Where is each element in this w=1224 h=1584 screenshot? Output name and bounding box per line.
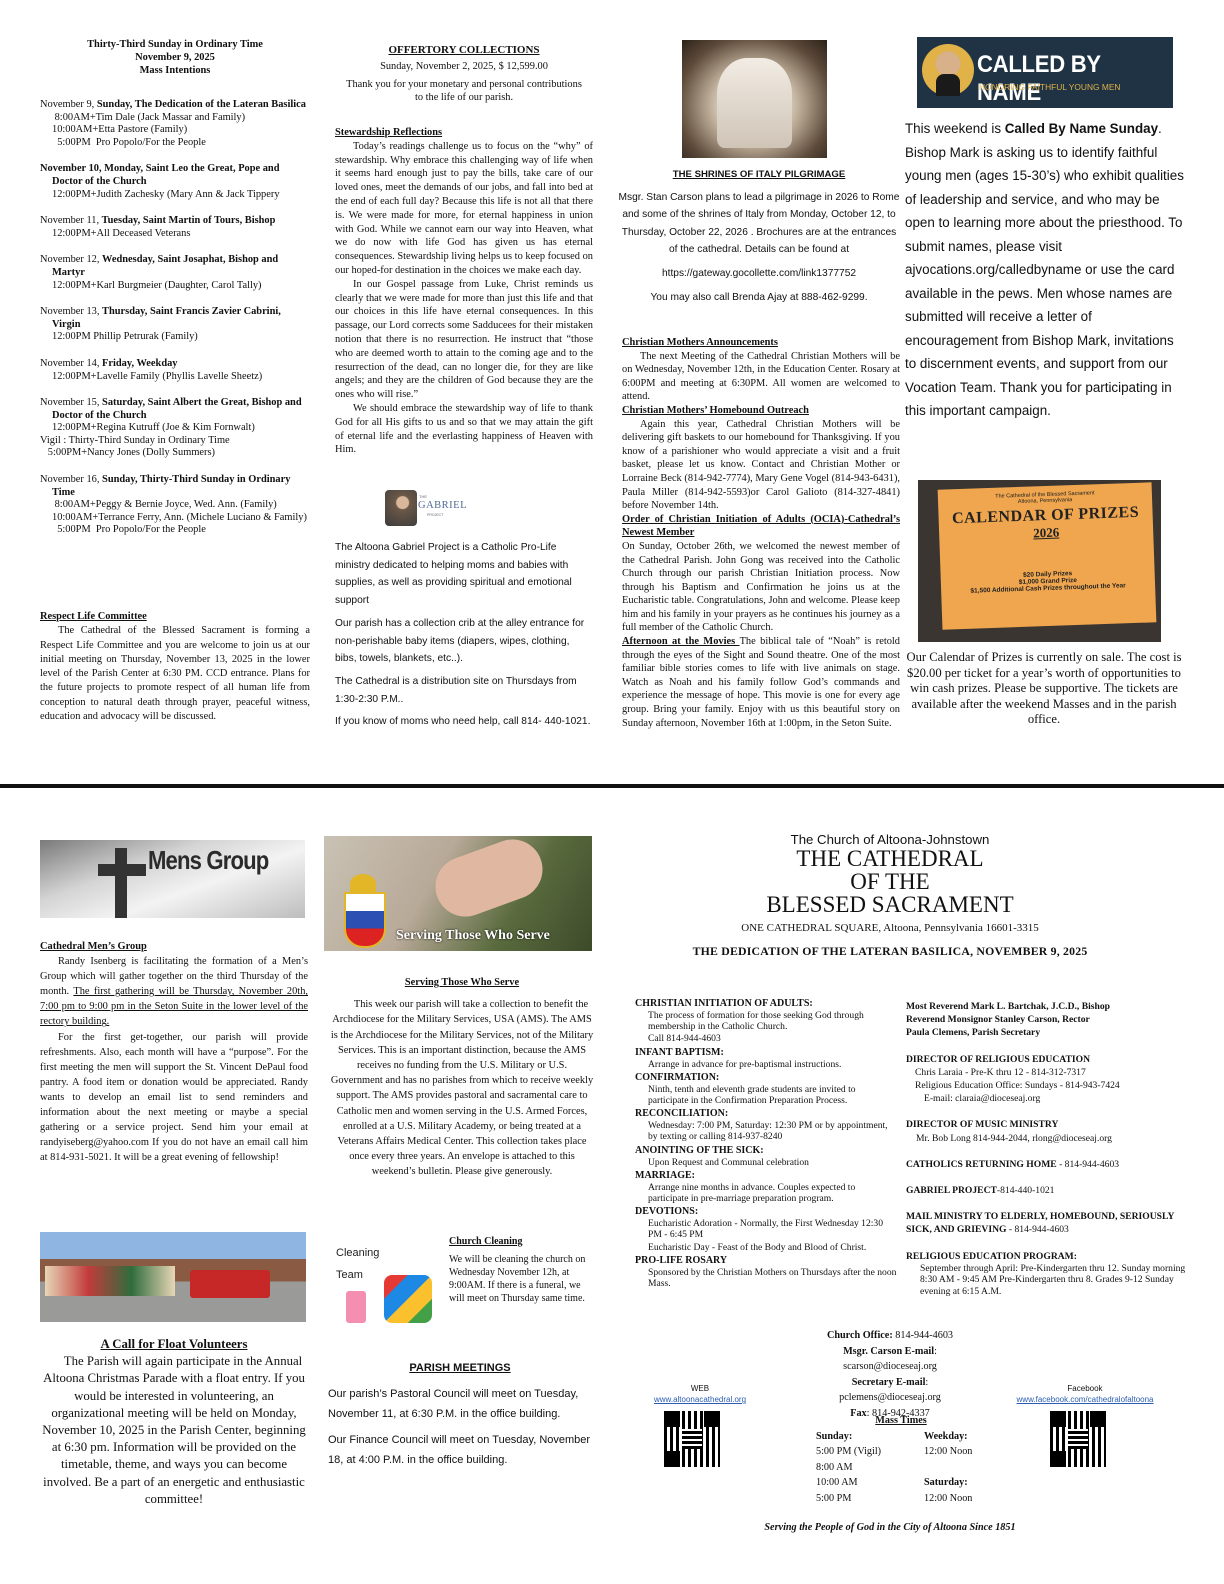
sacrament-title: MARRIAGE: xyxy=(635,1169,897,1182)
sacrament-item: CONFIRMATION:Ninth, tenth and eleventh g… xyxy=(635,1071,897,1106)
sunday-masses: Sunday: 5:00 PM (Vigil) 8:00 AM 10:00 AM… xyxy=(816,1429,924,1507)
called-by-name-subtitle: HONORING FAITHFUL YOUNG MEN xyxy=(979,82,1120,92)
dre-line: Religious Education Office: Sundays - 81… xyxy=(906,1079,1191,1092)
sacrament-detail: Arrange in advance for pre-baptismal ins… xyxy=(635,1059,897,1070)
mass-time: 8:00 AM xyxy=(816,1460,924,1476)
pilgrimage-section: THE SHRINES OF ITALY PILGRIMAGE Msgr. St… xyxy=(618,166,900,306)
rep-body: September through April: Pre-Kindergarte… xyxy=(906,1263,1191,1298)
mass-intention-feast: Tuesday, Saint Martin of Tours, Bishop xyxy=(102,215,276,226)
church-cleaning-section: Church Cleaning We will be cleaning the … xyxy=(449,1235,594,1305)
vigil-line: 5:00PM+Nancy Jones (Dolly Summers) xyxy=(40,447,310,460)
sec-label: Secretary E-mail xyxy=(852,1377,926,1388)
gabriel-title: GABRIEL PROJECT xyxy=(906,1185,997,1196)
cleaning-image-text: Cleaning xyxy=(336,1247,379,1259)
gabriel-section: The Altoona Gabriel Project is a Catholi… xyxy=(335,539,593,731)
christian-mothers-body: The next Meeting of the Cathedral Christ… xyxy=(622,350,900,404)
cross-icon-bar xyxy=(98,864,146,876)
mass-intentions-header: Thirty-Third Sunday in Ordinary Time Nov… xyxy=(40,38,310,77)
christmas-parade-photo xyxy=(40,1232,306,1322)
dre-line: E-mail: claraia@dioceseaj.org xyxy=(906,1092,1191,1105)
cbn-body: . Bishop Mark is asking us to identify f… xyxy=(905,121,1184,418)
masthead-name-line: OF THE xyxy=(640,870,1140,893)
sacrament-detail: The process of formation for those seeki… xyxy=(635,1010,897,1032)
mail-ministry: MAIL MINISTRY TO ELDERLY, HOMEBOUND, SER… xyxy=(906,1210,1191,1236)
parish-meetings-section: PARISH MEETINGS Our parish’s Pastoral Co… xyxy=(328,1358,592,1470)
cleaning-heading: Church Cleaning xyxy=(449,1235,594,1248)
page-divider xyxy=(0,784,1224,788)
mass-intention-line: 12:00PM+Lavelle Family (Phyllis Lavelle … xyxy=(40,371,310,384)
sacrament-title: CONFIRMATION: xyxy=(635,1071,897,1084)
madonna-image xyxy=(385,490,417,526)
returning-title: CATHOLICS RETURNING HOME xyxy=(906,1159,1057,1170)
calendar-of-prizes-photo: The Cathedral of the Blessed Sacrament A… xyxy=(918,480,1161,642)
staff-section: Most Reverend Mark L. Bartchak, J.C.D., … xyxy=(906,1000,1191,1297)
masthead-diocese: The Church of Altoona-Johnstown xyxy=(640,832,1140,847)
mass-intention-line: 12:00PM+All Deceased Veterans xyxy=(40,228,310,241)
mass-intention-title: November 12, Wednesday, Saint Josaphat, … xyxy=(40,254,310,279)
gabriel-paragraph: The Cathedral is a distribution site on … xyxy=(335,673,593,708)
offertory-heading: OFFERTORY COLLECTIONS xyxy=(335,44,593,57)
mens-group-p1: Randy Isenberg is facilitating the forma… xyxy=(40,954,308,1029)
mass-intention-date: November 12, xyxy=(40,254,102,265)
mass-intention-date: November 10, xyxy=(40,163,104,174)
sacrament-title: CHRISTIAN INITIATION OF ADULTS: xyxy=(635,997,897,1010)
masthead: The Church of Altoona-Johnstown THE CATH… xyxy=(640,832,1140,959)
cleaning-bucket-icon xyxy=(384,1275,432,1323)
pilgrimage-call: You may also call Brenda Ajay at 888-462… xyxy=(618,289,900,307)
pieta-statue xyxy=(717,58,792,148)
mass-times-heading: Mass Times xyxy=(816,1413,986,1429)
mass-time: 12:00 Noon xyxy=(924,1444,972,1460)
sacrament-item: PRO-LIFE ROSARYSponsored by the Christia… xyxy=(635,1254,897,1289)
mass-intention-day: November 10, Monday, Saint Leo the Great… xyxy=(40,163,310,201)
mass-intention-day: November 11, Tuesday, Saint Martin of To… xyxy=(40,215,310,240)
mens-group-section: Cathedral Men’s Group Randy Isenberg is … xyxy=(40,939,308,1165)
mens-group-banner: Mens Group xyxy=(40,840,305,918)
clergy-line: Most Reverend Mark L. Bartchak, J.C.D., … xyxy=(906,1000,1191,1013)
clergy-list: Most Reverend Mark L. Bartchak, J.C.D., … xyxy=(906,1000,1191,1040)
movies-body: The biblical tale of “Noah” is retold th… xyxy=(622,636,900,729)
mass-intention-day: November 12, Wednesday, Saint Josaphat, … xyxy=(40,254,310,292)
called-by-name-title: CALLED BY NAME xyxy=(977,51,1157,107)
saturday-label: Saturday: xyxy=(924,1475,972,1491)
contact-block: Church Office: 814-944-4603 Msgr. Carson… xyxy=(790,1328,990,1421)
sacrament-item: INFANT BAPTISM:Arrange in advance for pr… xyxy=(635,1046,897,1070)
sacrament-title: INFANT BAPTISM: xyxy=(635,1046,897,1059)
sacrament-title: PRO-LIFE ROSARY xyxy=(635,1254,897,1267)
sacrament-title: DEVOTIONS: xyxy=(635,1205,897,1218)
mass-intention-day: November 16, Sunday, Thirty-Third Sunday… xyxy=(40,474,310,537)
sacrament-detail: Call 814-944-4603 xyxy=(635,1033,897,1044)
header-line: Mass Intentions xyxy=(40,64,310,77)
spray-bottle-icon xyxy=(346,1291,366,1323)
ams-crest xyxy=(332,874,394,946)
stewardship-section: Stewardship Reflections Today’s readings… xyxy=(335,126,593,457)
mass-intention-line: 8:00AM+Tim Dale (Jack Massar and Family) xyxy=(40,112,310,125)
music-title: DIRECTOR OF MUSIC MINISTRY xyxy=(906,1118,1191,1131)
cleaning-body: We will be cleaning the church on Wednes… xyxy=(449,1253,594,1305)
gabriel-logo-small: THE xyxy=(419,494,427,499)
calendar-of-prizes-text: Our Calendar of Prizes is currently on s… xyxy=(903,650,1185,728)
mass-intention-line: 12:00PM Phillip Petrurak (Family) xyxy=(40,331,310,344)
mass-intention-feast: Sunday, The Dedication of the Lateran Ba… xyxy=(97,99,306,110)
mass-intention-title: November 15, Saturday, Saint Albert the … xyxy=(40,397,310,422)
mass-intention-date: November 13, xyxy=(40,306,102,317)
parish-meetings-heading: PARISH MEETINGS xyxy=(328,1358,592,1378)
mass-intention-day: November 14, Friday, Weekday12:00PM+Lave… xyxy=(40,358,310,383)
offertory-thanks: Thank you for your monetary and personal… xyxy=(335,79,593,104)
sacrament-detail: Ninth, tenth and eleventh grade students… xyxy=(635,1084,897,1106)
movies-paragraph: Afternoon at the Movies The biblical tal… xyxy=(622,635,900,730)
gabriel-project-contact: GABRIEL PROJECT-814-440-1021 xyxy=(906,1184,1191,1197)
mass-intention-line: 5:00PM Pro Popolo/For the People xyxy=(40,524,310,537)
sacrament-detail: Arrange nine months in advance. Couples … xyxy=(635,1182,897,1204)
sacrament-item: CHRISTIAN INITIATION OF ADULTS:The proce… xyxy=(635,997,897,1045)
cross-icon xyxy=(115,848,127,918)
mass-intention-date: November 16, xyxy=(40,474,102,485)
cleaning-team-image: Cleaning Team xyxy=(334,1247,436,1327)
sunday-label: Sunday: xyxy=(816,1429,924,1445)
gabriel-paragraph: Our parish has a collection crib at the … xyxy=(335,615,593,668)
sacraments-list: CHRISTIAN INITIATION OF ADULTS:The proce… xyxy=(635,997,897,1290)
web-label: WEB xyxy=(630,1383,770,1394)
sacrament-detail: Sponsored by the Christian Mothers on Th… xyxy=(635,1267,897,1289)
sacrament-title: ANOINTING OF THE SICK: xyxy=(635,1144,897,1157)
float-volunteers-section: A Call for Float Volunteers The Parish w… xyxy=(40,1336,308,1508)
sacrament-item: MARRIAGE:Arrange nine months in advance.… xyxy=(635,1169,897,1204)
clergy-line: Paula Clemens, Parish Secretary xyxy=(906,1026,1191,1039)
sacrament-detail: Eucharistic Day - Feast of the Body and … xyxy=(635,1242,897,1253)
facebook-label: Facebook xyxy=(995,1383,1175,1394)
gabriel-paragraph: If you know of moms who need help, call … xyxy=(335,713,593,731)
music-line: Mr. Bob Long 814-944-2044, rlong@diocese… xyxy=(906,1132,1191,1145)
mens-group-first-gathering: The first gathering will be Thursday, No… xyxy=(40,986,308,1027)
masthead-name-line: THE CATHEDRAL xyxy=(640,847,1140,870)
respect-life-section: Respect Life Committee The Cathedral of … xyxy=(40,610,310,724)
mass-intention-title: November 10, Monday, Saint Leo the Great… xyxy=(40,163,310,188)
respect-life-heading: Respect Life Committee xyxy=(40,610,310,624)
christian-mothers-section: Christian Mothers Announcements The next… xyxy=(622,336,900,730)
footer-tagline: Serving the People of God in the City of… xyxy=(640,1522,1140,1533)
sacrament-detail: Wednesday: 7:00 PM, Saturday: 12:30 PM o… xyxy=(635,1120,897,1142)
cbn-bold: Called By Name Sunday xyxy=(1005,121,1158,136)
called-by-name-banner: CALLED BY NAME HONORING FAITHFUL YOUNG M… xyxy=(917,37,1173,108)
sec-email-label: Secretary E-mail: xyxy=(790,1375,990,1391)
mass-intention-line: 5:00PM Pro Popolo/For the People xyxy=(40,137,310,150)
facebook-link-block: Facebook www.facebook.com/cathedralofalt… xyxy=(995,1383,1175,1405)
header-line: November 9, 2025 xyxy=(40,51,310,64)
red-truck xyxy=(190,1270,270,1298)
offertory-amount: Sunday, November 2, 2025, $ 12,599.00 xyxy=(335,61,593,74)
mass-intention-day: November 9, Sunday, The Dedication of th… xyxy=(40,99,310,149)
christian-mothers-heading: Christian Mothers Announcements xyxy=(622,336,900,350)
float-heading: A Call for Float Volunteers xyxy=(40,1336,308,1353)
mass-intentions-list: November 9, Sunday, The Dedication of th… xyxy=(40,99,310,537)
offertory-section: OFFERTORY COLLECTIONS Sunday, November 2… xyxy=(335,44,593,104)
parish-meetings-p1: Our parish’s Pastoral Council will meet … xyxy=(328,1384,592,1424)
sacrament-title: RECONCILIATION: xyxy=(635,1107,897,1120)
dre-line: Chris Laraia - Pre-K thru 12 - 814-312-7… xyxy=(906,1066,1191,1079)
weekday-masses: Weekday: 12:00 Noon Saturday: 12:00 Noon xyxy=(924,1429,972,1507)
mass-intention-title: November 13, Thursday, Saint Francis Zav… xyxy=(40,306,310,331)
ocia-body: On Sunday, October 26th, we welcomed the… xyxy=(622,540,900,635)
cbn-intro: This weekend is xyxy=(905,121,1005,136)
mass-intention-date: November 11, xyxy=(40,215,102,226)
pilgrimage-url[interactable]: https://gateway.gocollette.com/link13777… xyxy=(618,265,900,283)
mass-intention-title: November 9, Sunday, The Dedication of th… xyxy=(40,99,310,112)
returning-phone: - 814-944-4603 xyxy=(1057,1159,1119,1170)
mass-intention-title: November 11, Tuesday, Saint Martin of To… xyxy=(40,215,310,228)
mass-intention-date: November 9, xyxy=(40,99,97,110)
ocia-heading: Order of Christian Initiation of Adults … xyxy=(622,513,900,540)
mass-time: 5:00 PM (Vigil) xyxy=(816,1444,924,1460)
pilgrimage-body: Msgr. Stan Carson plans to lead a pilgri… xyxy=(618,189,900,259)
called-by-name-text: This weekend is Called By Name Sunday. B… xyxy=(905,117,1185,423)
homebound-body: Again this year, Cathedral Christian Mot… xyxy=(622,418,900,513)
mass-intention-line: 12:00PM+Regina Kutruff (Joe & Kim Fornwa… xyxy=(40,422,310,435)
mass-intention-line: 10:00AM+Etta Pastore (Family) xyxy=(40,124,310,137)
mass-intention-date: November 15, xyxy=(40,397,102,408)
dre-title: DIRECTOR OF RELIGIOUS EDUCATION xyxy=(906,1053,1191,1066)
sacrament-item: ANOINTING OF THE SICK:Upon Request and C… xyxy=(635,1144,897,1168)
mens-group-heading: Cathedral Men’s Group xyxy=(40,939,308,954)
gabriel-paragraph: The Altoona Gabriel Project is a Catholi… xyxy=(335,539,593,610)
vigil-line: Vigil : Thirty-Third Sunday in Ordinary … xyxy=(40,435,310,448)
church-office: Church Office: 814-944-4603 xyxy=(790,1328,990,1344)
web-link-block: WEB www.altoonacathedral.org xyxy=(630,1383,770,1405)
sacrament-detail: Eucharistic Adoration - Normally, the Fi… xyxy=(635,1218,897,1240)
mass-time: 10:00 AM xyxy=(816,1475,924,1491)
mass-intention-feast: Friday, Weekday xyxy=(102,358,177,369)
sec-email[interactable]: pclemens@dioceseaj.org xyxy=(790,1390,990,1406)
stewardship-paragraph: Today’s readings challenge us to focus o… xyxy=(335,140,593,278)
stewardship-paragraph: We should embrace the stewardship way of… xyxy=(335,402,593,457)
masthead-name: THE CATHEDRAL OF THE BLESSED SACRAMENT xyxy=(640,847,1140,916)
serving-section: Serving Those Who Serve This week our pa… xyxy=(330,975,594,1180)
priest-portrait xyxy=(922,44,974,96)
pieta-image xyxy=(682,40,827,158)
masthead-feast: THE DEDICATION OF THE LATERAN BASILICA, … xyxy=(640,944,1140,959)
gabriel-logo-sub: PROJECT xyxy=(427,513,443,517)
mass-intention-day: November 13, Thursday, Saint Francis Zav… xyxy=(40,306,310,344)
serving-banner-text: Serving Those Who Serve xyxy=(396,928,550,944)
office-phone: 814-944-4603 xyxy=(893,1330,953,1341)
respect-life-body: The Cathedral of the Blessed Sacrament i… xyxy=(40,624,310,724)
returning-home: CATHOLICS RETURNING HOME - 814-944-4603 xyxy=(906,1158,1191,1171)
msgr-email-label: Msgr. Carson E-mail: xyxy=(790,1344,990,1360)
weekday-label: Weekday: xyxy=(924,1429,972,1445)
mass-intention-title: November 14, Friday, Weekday xyxy=(40,358,310,371)
sacrament-detail: Upon Request and Communal celebration xyxy=(635,1157,897,1168)
cleaning-image-text: Team xyxy=(336,1269,363,1281)
msgr-email[interactable]: scarson@dioceseaj.org xyxy=(790,1359,990,1375)
mass-times: Mass Times Sunday: 5:00 PM (Vigil) 8:00 … xyxy=(816,1413,986,1506)
mens-group-banner-text: Mens Group xyxy=(148,845,268,876)
mass-intention-date: November 14, xyxy=(40,358,102,369)
stewardship-paragraph: In our Gospel passage from Luke, Christ … xyxy=(335,278,593,402)
pilgrimage-heading: THE SHRINES OF ITALY PILGRIMAGE xyxy=(618,166,900,184)
mass-intention-line: 12:00PM+Karl Burgmeier (Daughter, Carol … xyxy=(40,280,310,293)
masthead-name-line: BLESSED SACRAMENT xyxy=(640,893,1140,916)
serving-heading: Serving Those Who Serve xyxy=(330,975,594,990)
gabriel-logo: THE GABRIEL PROJECT xyxy=(385,490,455,528)
stewardship-heading: Stewardship Reflections xyxy=(335,126,593,140)
mass-intention-line: 12:00PM+Judith Zachesky (Mary Ann & Jack… xyxy=(40,189,310,202)
homebound-heading: Christian Mothers’ Homebound Outreach xyxy=(622,404,900,418)
header-line: Thirty-Third Sunday in Ordinary Time xyxy=(40,38,310,51)
prize-card: The Cathedral of the Blessed Sacrament A… xyxy=(938,482,1157,629)
sacrament-item: RECONCILIATION:Wednesday: 7:00 PM, Satur… xyxy=(635,1107,897,1142)
web-link[interactable]: www.altoonacathedral.org xyxy=(630,1394,770,1405)
sacrament-item: DEVOTIONS:Eucharistic Adoration - Normal… xyxy=(635,1205,897,1253)
mail-phone: - 814-944-4603 xyxy=(1007,1224,1069,1235)
parish-meetings-p2: Our Finance Council will meet on Tuesday… xyxy=(328,1430,592,1470)
rep-title: RELIGIOUS EDUCATION PROGRAM: xyxy=(906,1250,1191,1263)
facebook-qr-code[interactable] xyxy=(1050,1411,1106,1467)
movies-heading: Afternoon at the Movies xyxy=(622,636,740,647)
gabriel-phone: -814-440-1021 xyxy=(997,1185,1055,1196)
mass-intention-title: November 16, Sunday, Thirty-Third Sunday… xyxy=(40,474,310,499)
hands-image xyxy=(427,836,551,925)
clergy-line: Reverend Monsignor Stanley Carson, Recto… xyxy=(906,1013,1191,1026)
masthead-address: ONE CATHEDRAL SQUARE, Altoona, Pennsylva… xyxy=(640,922,1140,934)
web-qr-code[interactable] xyxy=(664,1411,720,1467)
mass-intention-line: 8:00AM+Peggy & Bernie Joyce, Wed. Ann. (… xyxy=(40,499,310,512)
msgr-label: Msgr. Carson E-mail xyxy=(843,1346,934,1357)
gabriel-logo-text: GABRIEL xyxy=(418,500,467,511)
mass-intentions-column: Thirty-Third Sunday in Ordinary Time Nov… xyxy=(40,38,310,537)
mass-intention-line: 10:00AM+Terrance Ferry, Ann. (Michele Lu… xyxy=(40,512,310,525)
mass-intention-day: November 15, Saturday, Saint Albert the … xyxy=(40,397,310,460)
serving-body: This week our parish will take a collect… xyxy=(330,997,594,1179)
serving-banner: Serving Those Who Serve xyxy=(324,836,592,951)
mass-time: 5:00 PM xyxy=(816,1491,924,1507)
mens-group-p2: For the first get-together, our parish w… xyxy=(40,1030,308,1166)
office-label: Church Office: xyxy=(827,1330,893,1341)
mass-time: 12:00 Noon xyxy=(924,1491,972,1507)
facebook-link[interactable]: www.facebook.com/cathedralofaltoona xyxy=(995,1394,1175,1405)
float-body: The Parish will again participate in the… xyxy=(40,1353,308,1508)
parade-float xyxy=(45,1266,175,1296)
